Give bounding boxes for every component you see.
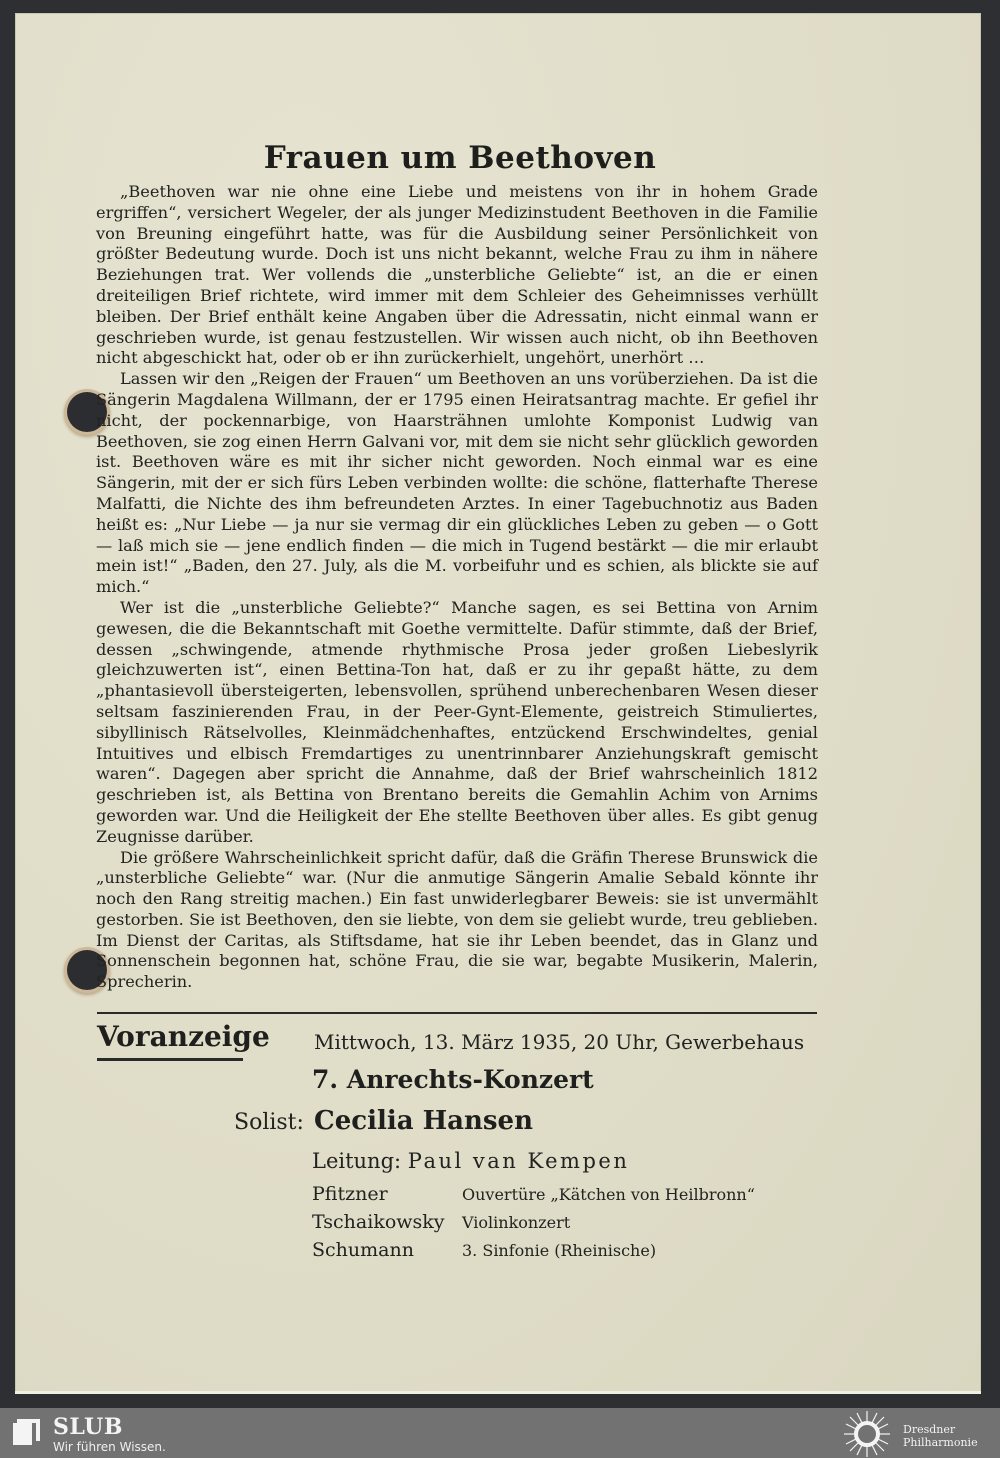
work: Ouvertüre „Kätchen von Heilbronn“ xyxy=(462,1185,755,1204)
paragraph: Lassen wir den „Reigen der Frauen“ um Be… xyxy=(96,369,818,598)
program-item: Schumann 3. Sinfonie (Rheinische) xyxy=(312,1239,832,1267)
slub-logo-text[interactable]: SLUB xyxy=(53,1414,123,1440)
program-item: Tschaikowsky Violinkonzert xyxy=(312,1211,832,1239)
paragraph: Wer ist die „unsterbliche Geliebte?“ Man… xyxy=(96,598,818,848)
conductor-name: Paul van Kempen xyxy=(408,1149,630,1173)
soloist-label: Solist: xyxy=(234,1110,304,1135)
work: Violinkonzert xyxy=(462,1213,570,1232)
footer-bar: SLUB Wir führen Wissen. Dresdner Philhar… xyxy=(0,1408,1000,1458)
article-body: „Beethoven war nie ohne eine Liebe und m… xyxy=(96,182,818,993)
composer: Schumann xyxy=(312,1239,462,1261)
conductor-label: Leitung: xyxy=(312,1149,401,1173)
announcement-underline xyxy=(97,1058,243,1061)
composer: Pfitzner xyxy=(312,1183,462,1205)
program-item: Pfitzner Ouvertüre „Kätchen von Heilbron… xyxy=(312,1183,832,1211)
work: 3. Sinfonie (Rheinische) xyxy=(462,1241,656,1260)
dresdner-philharmonie-logo-text[interactable]: Dresdner Philharmonie xyxy=(903,1423,978,1449)
slub-logo-icon[interactable] xyxy=(13,1419,41,1445)
page-edge xyxy=(15,1391,981,1394)
event-date-line: Mittwoch, 13. März 1935, 20 Uhr, Gewerbe… xyxy=(314,1030,818,1054)
program-list: Pfitzner Ouvertüre „Kätchen von Heilbron… xyxy=(312,1183,832,1267)
paragraph: „Beethoven war nie ohne eine Liebe und m… xyxy=(96,182,818,369)
paragraph: Die größere Wahrscheinlichkeit spricht d… xyxy=(96,848,818,994)
soloist-name: Cecilia Hansen xyxy=(314,1106,533,1136)
section-divider xyxy=(97,1012,817,1014)
composer: Tschaikowsky xyxy=(312,1211,462,1233)
dresdner-philharmonie-logo-icon[interactable] xyxy=(842,1409,892,1458)
slub-tagline: Wir führen Wissen. xyxy=(53,1440,166,1454)
conductor-line: Leitung: Paul van Kempen xyxy=(312,1149,629,1173)
article-title: Frauen um Beethoven xyxy=(0,140,920,176)
concert-title: 7. Anrechts-Konzert xyxy=(312,1065,594,1094)
announcement-label: Voranzeige xyxy=(97,1020,270,1053)
